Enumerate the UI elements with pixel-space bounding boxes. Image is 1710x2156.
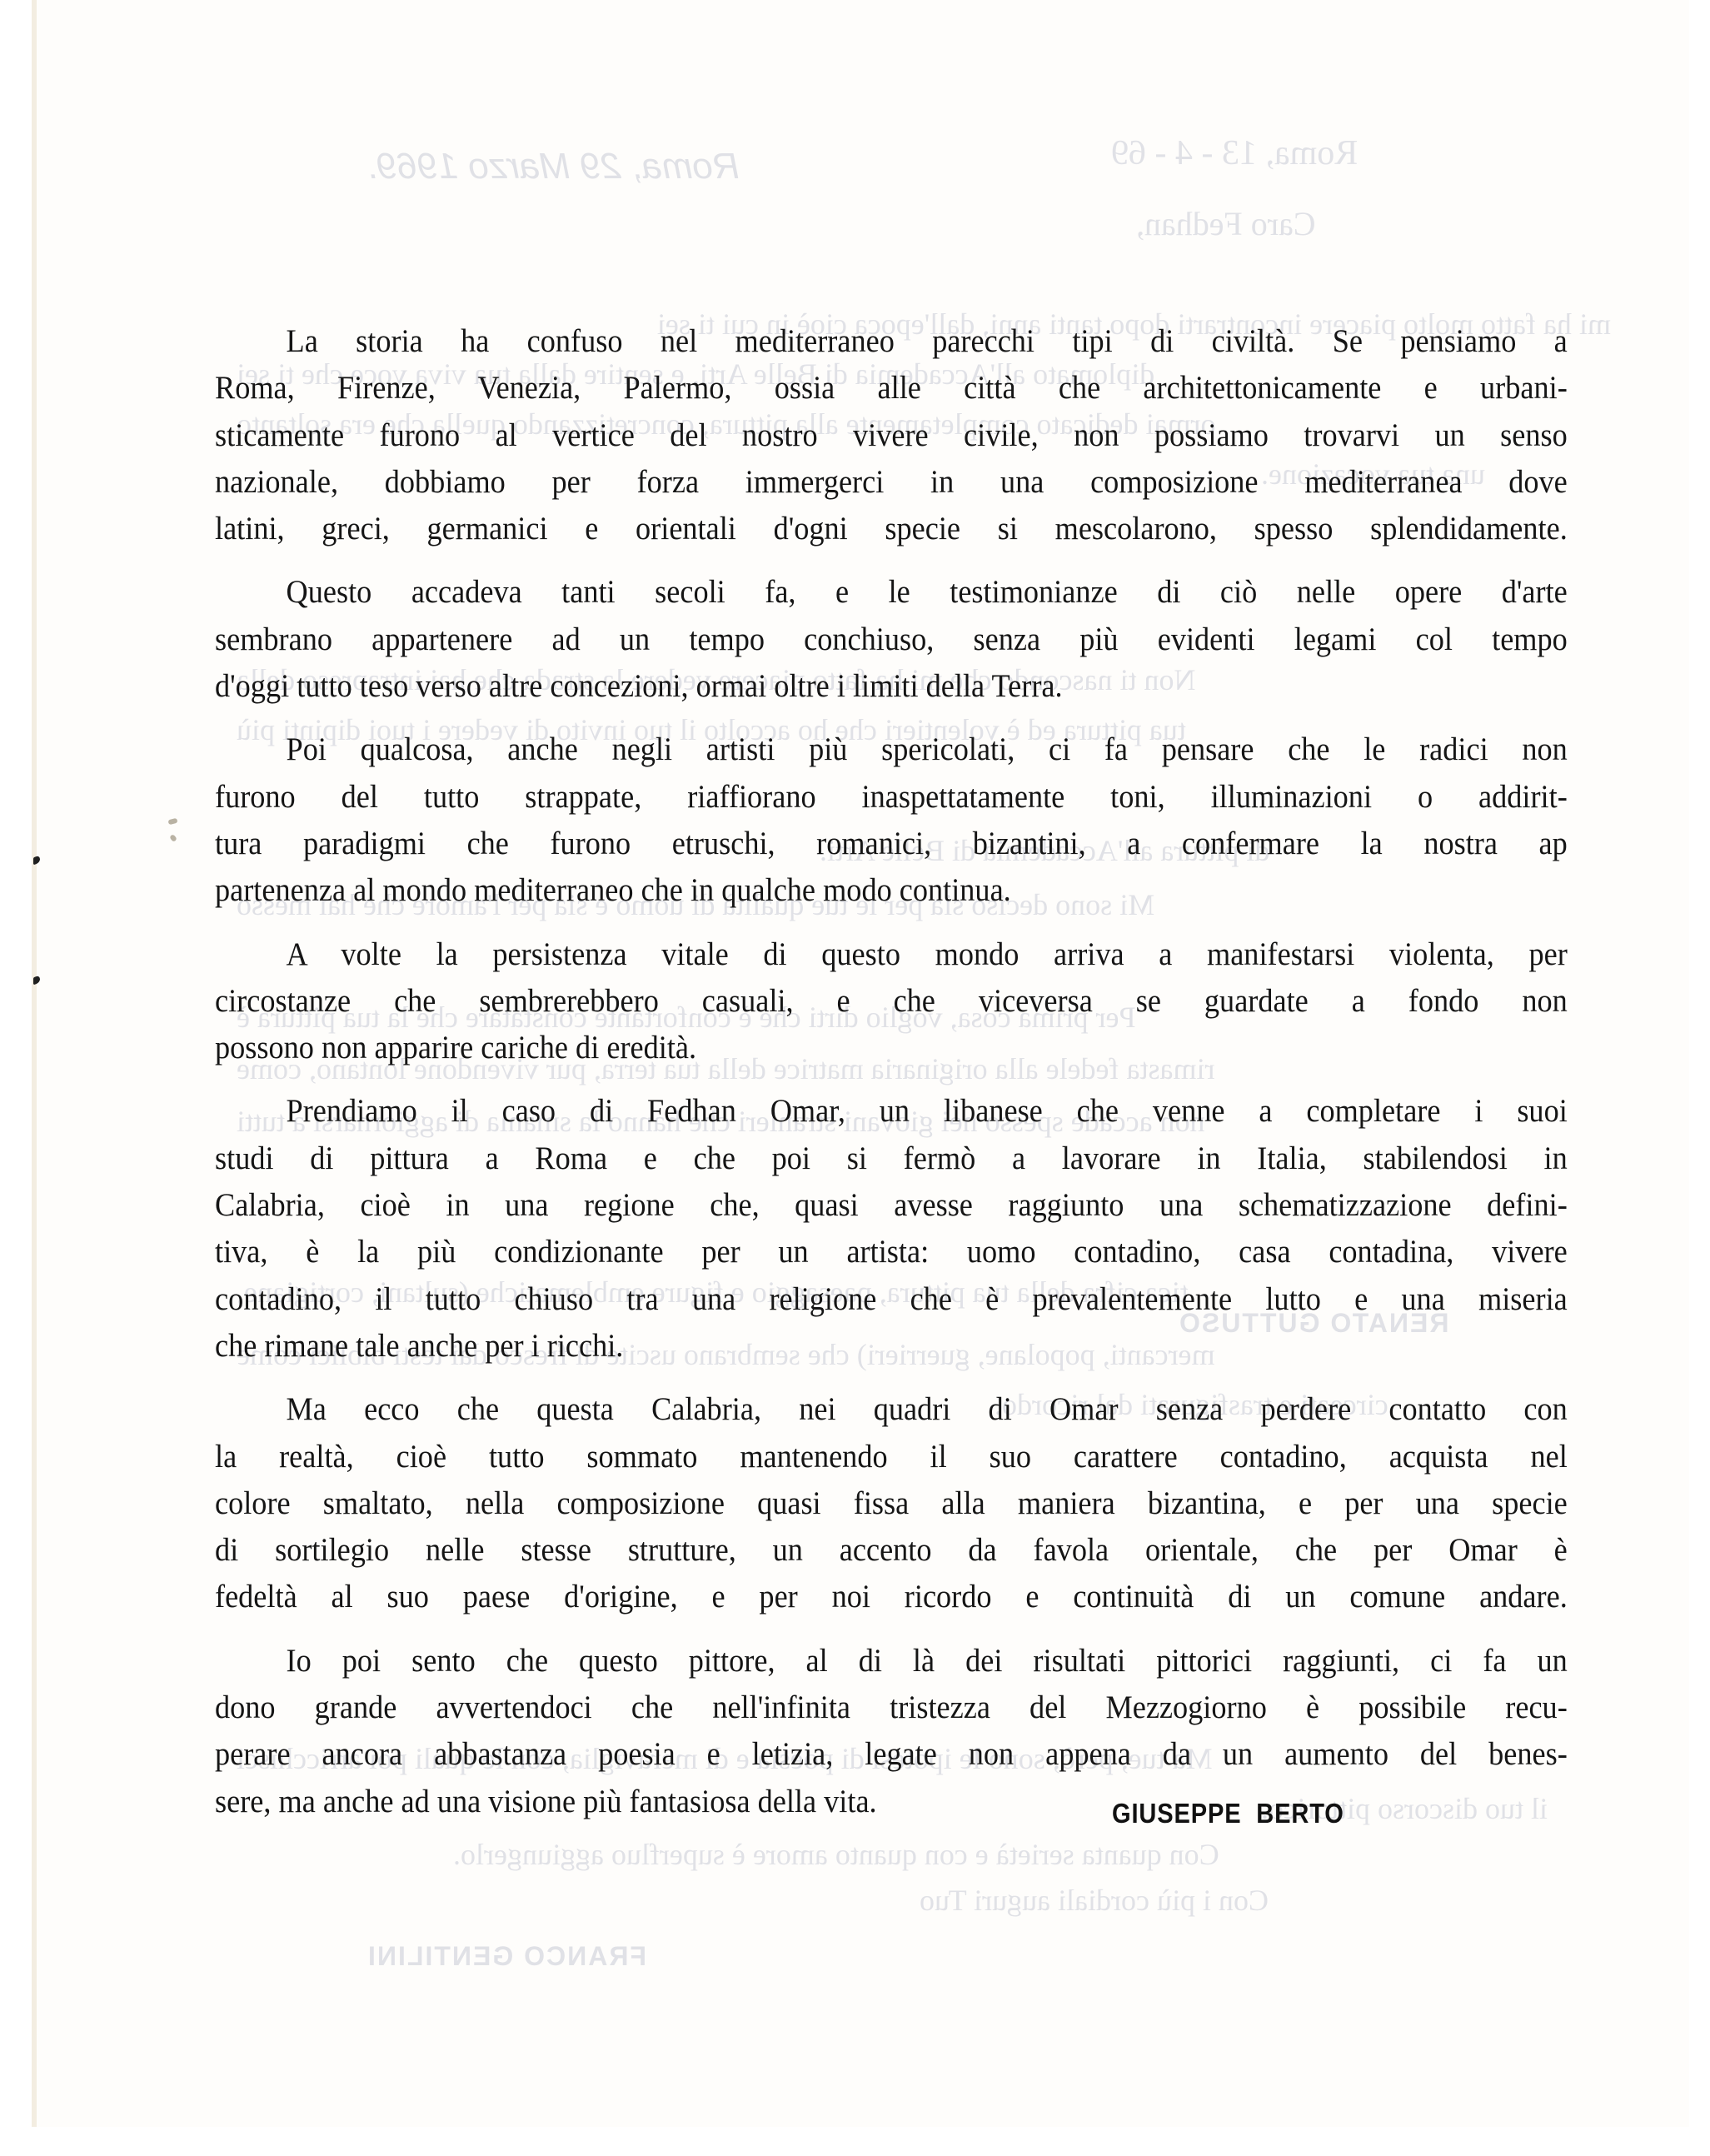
staple-mark-bottom xyxy=(33,976,40,986)
bleed-through-line: Con quanta serietà e con quanto amore è … xyxy=(453,1837,1219,1872)
essay-paragraph-2: Questo accadeva tanti secoli fa, e le te… xyxy=(215,569,1568,710)
essay-paragraph-4: A volte la persistenza vitale di questo … xyxy=(215,931,1568,1072)
text-line: Prendiamo il caso di Fedhan Omar, un lib… xyxy=(215,1088,1568,1135)
text-line: tura paradigmi che furono etruschi, roma… xyxy=(215,821,1568,867)
text-line: Questo accadeva tanti secoli fa, e le te… xyxy=(215,569,1568,616)
essay-body: La storia ha confuso nel mediterraneo pa… xyxy=(215,318,1568,1842)
text-line: tiva, è la più condizionante per un arti… xyxy=(215,1229,1568,1275)
essay-paragraph-1: La storia ha confuso nel mediterraneo pa… xyxy=(215,318,1568,552)
text-line: nazionale, dobbiamo per forza immergerci… xyxy=(215,459,1568,506)
essay-paragraph-3: Poi qualcosa, anche negli artisti più sp… xyxy=(215,726,1568,914)
text-line: che rimane tale anche per i ricchi. xyxy=(215,1323,1568,1370)
text-line: la realtà, cioè tutto sommato mantenendo… xyxy=(215,1434,1568,1480)
bleed-through-date-1: Roma, 29 Marzo 1969. xyxy=(366,146,740,187)
text-line: A volte la persistenza vitale di questo … xyxy=(215,931,1568,978)
bleed-through-salutation: Caro Fedhan, xyxy=(1136,204,1316,243)
author-signature: GIUSEPPE BERTO xyxy=(1112,1798,1344,1829)
paper-speck xyxy=(169,834,177,842)
text-line: fedeltà al suo paese d'origine, e per no… xyxy=(215,1574,1568,1620)
text-line: sembrano appartenere ad un tempo conchiu… xyxy=(215,616,1568,663)
text-line: colore smaltato, nella composizione quas… xyxy=(215,1480,1568,1527)
text-line: studi di pittura a Roma e che poi si fer… xyxy=(215,1135,1568,1182)
essay-paragraph-6: Ma ecco che questa Calabria, nei quadri … xyxy=(215,1386,1568,1620)
text-line: circostanze che sembrerebbero casuali, e… xyxy=(215,978,1568,1025)
text-line: Io poi sento che questo pittore, al di l… xyxy=(215,1638,1568,1684)
text-line: d'oggi tutto teso verso altre concezioni… xyxy=(215,663,1568,710)
essay-paragraph-5: Prendiamo il caso di Fedhan Omar, un lib… xyxy=(215,1088,1568,1370)
text-line: Poi qualcosa, anche negli artisti più sp… xyxy=(215,726,1568,773)
bleed-through-signature-2: FRANCO GENTILINI xyxy=(366,1941,646,1972)
bleed-through-date-2: Roma, 13 - 4 - 69 xyxy=(1111,133,1358,173)
staple-mark-top xyxy=(33,856,40,866)
bleed-through-line: Con i più cordiali auguri Tuo xyxy=(920,1883,1269,1918)
text-line: sticamente furono al vertice del nostro … xyxy=(215,412,1568,459)
text-line: Roma, Firenze, Venezia, Palermo, ossia a… xyxy=(215,365,1568,412)
text-line: La storia ha confuso nel mediterraneo pa… xyxy=(215,318,1568,365)
paper-speck xyxy=(167,818,177,826)
text-line: partenenza al mondo mediterraneo che in … xyxy=(215,867,1568,914)
text-line: sere, ma anche ad una visione più fantas… xyxy=(215,1779,1568,1825)
text-line: dono grande avvertendoci che nell'infini… xyxy=(215,1684,1568,1731)
text-line: Calabria, cioè in una regione che, quasi… xyxy=(215,1182,1568,1229)
essay-paragraph-7: Io poi sento che questo pittore, al di l… xyxy=(215,1638,1568,1825)
text-line: perare ancora abbastanza poesia e letizi… xyxy=(215,1731,1568,1778)
text-line: furono del tutto strappate, riaffiorano … xyxy=(215,774,1568,821)
text-line: Ma ecco che questa Calabria, nei quadri … xyxy=(215,1386,1568,1433)
text-line: di sortilegio nelle stesse strutture, un… xyxy=(215,1527,1568,1574)
text-line: latini, greci, germanici e orientali d'o… xyxy=(215,506,1568,552)
text-line: possono non apparire cariche di eredità. xyxy=(215,1025,1568,1071)
text-line: contadino, il tutto chiuso tra una relig… xyxy=(215,1276,1568,1323)
